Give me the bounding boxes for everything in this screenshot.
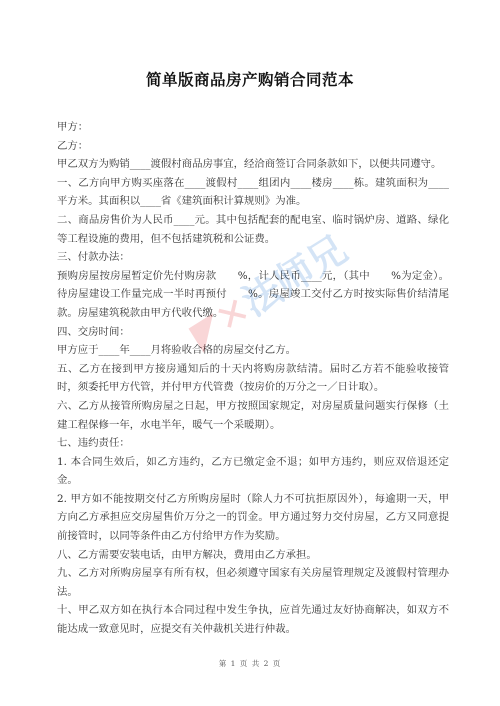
clause-1: 一、乙方向甲方购买座落在____渡假村____组团内____楼房____栋。建筑… [57,174,449,211]
clause-8: 八、乙方需要安装电话，由甲方解决，费用由乙方承担。 [57,546,449,565]
clause-3-body: 预购房屋按房屋暂定价先付购房款 %，计人民币____元，（其中 %为定金）。待房… [57,267,449,323]
clause-9: 九、乙方对所购房屋享有所有权，但必须遵守国家有关房屋管理规定及渡假村管理办法。 [57,564,449,601]
document-title: 简单版商品房产购销合同范本 [0,68,500,90]
clause-6: 六、乙方从接管所购房屋之日起，甲方按照国家规定，对房屋质量问题实行保修（土建工程… [57,397,449,434]
clause-3-heading: 三、付款办法： [57,248,449,267]
preamble: 甲乙双方为购销____渡假村商品房事宜，经洽商签订合同条款如下，以便共同遵守。 [57,155,449,174]
clause-2: 二、商品房售价为人民币____元。其中包括配套的配电室、临时锅炉房、道路、绿化等… [57,211,449,248]
party-b-line: 乙方： [57,137,449,156]
clause-7-heading: 七、违约责任： [57,434,449,453]
clause-10: 十、甲乙双方如在执行本合同过程中发生争执，应首先通过友好协商解决，如双方不能达成… [57,601,449,638]
clause-7-item-1: 1. 本合同生效后，如乙方违约，乙方已缴定金不退；如甲方违约，则应双倍退还定金。 [57,453,449,490]
document-body: 甲方： 乙方： 甲乙双方为购销____渡假村商品房事宜，经洽商签订合同条款如下，… [57,118,449,639]
page-number: 第 1 页 共 2 页 [0,658,500,669]
clause-7-item-2: 2. 甲方如不能按期交付乙方所购房屋时（除人力不可抗拒原因外），每逾期一天，甲方… [57,490,449,546]
clause-4-heading: 四、交房时间： [57,323,449,342]
document-page: 简单版商品房产购销合同范本 甲方： 乙方： 甲乙双方为购销____渡假村商品房事… [0,0,500,706]
clause-5: 五、乙方在接到甲方接房通知后的十天内将购房款结清。届时乙方若不能验收接管时，须委… [57,360,449,397]
clause-4-body: 甲方应于____年____月将验收合格的房屋交付乙方。 [57,341,449,360]
party-a-line: 甲方： [57,118,449,137]
